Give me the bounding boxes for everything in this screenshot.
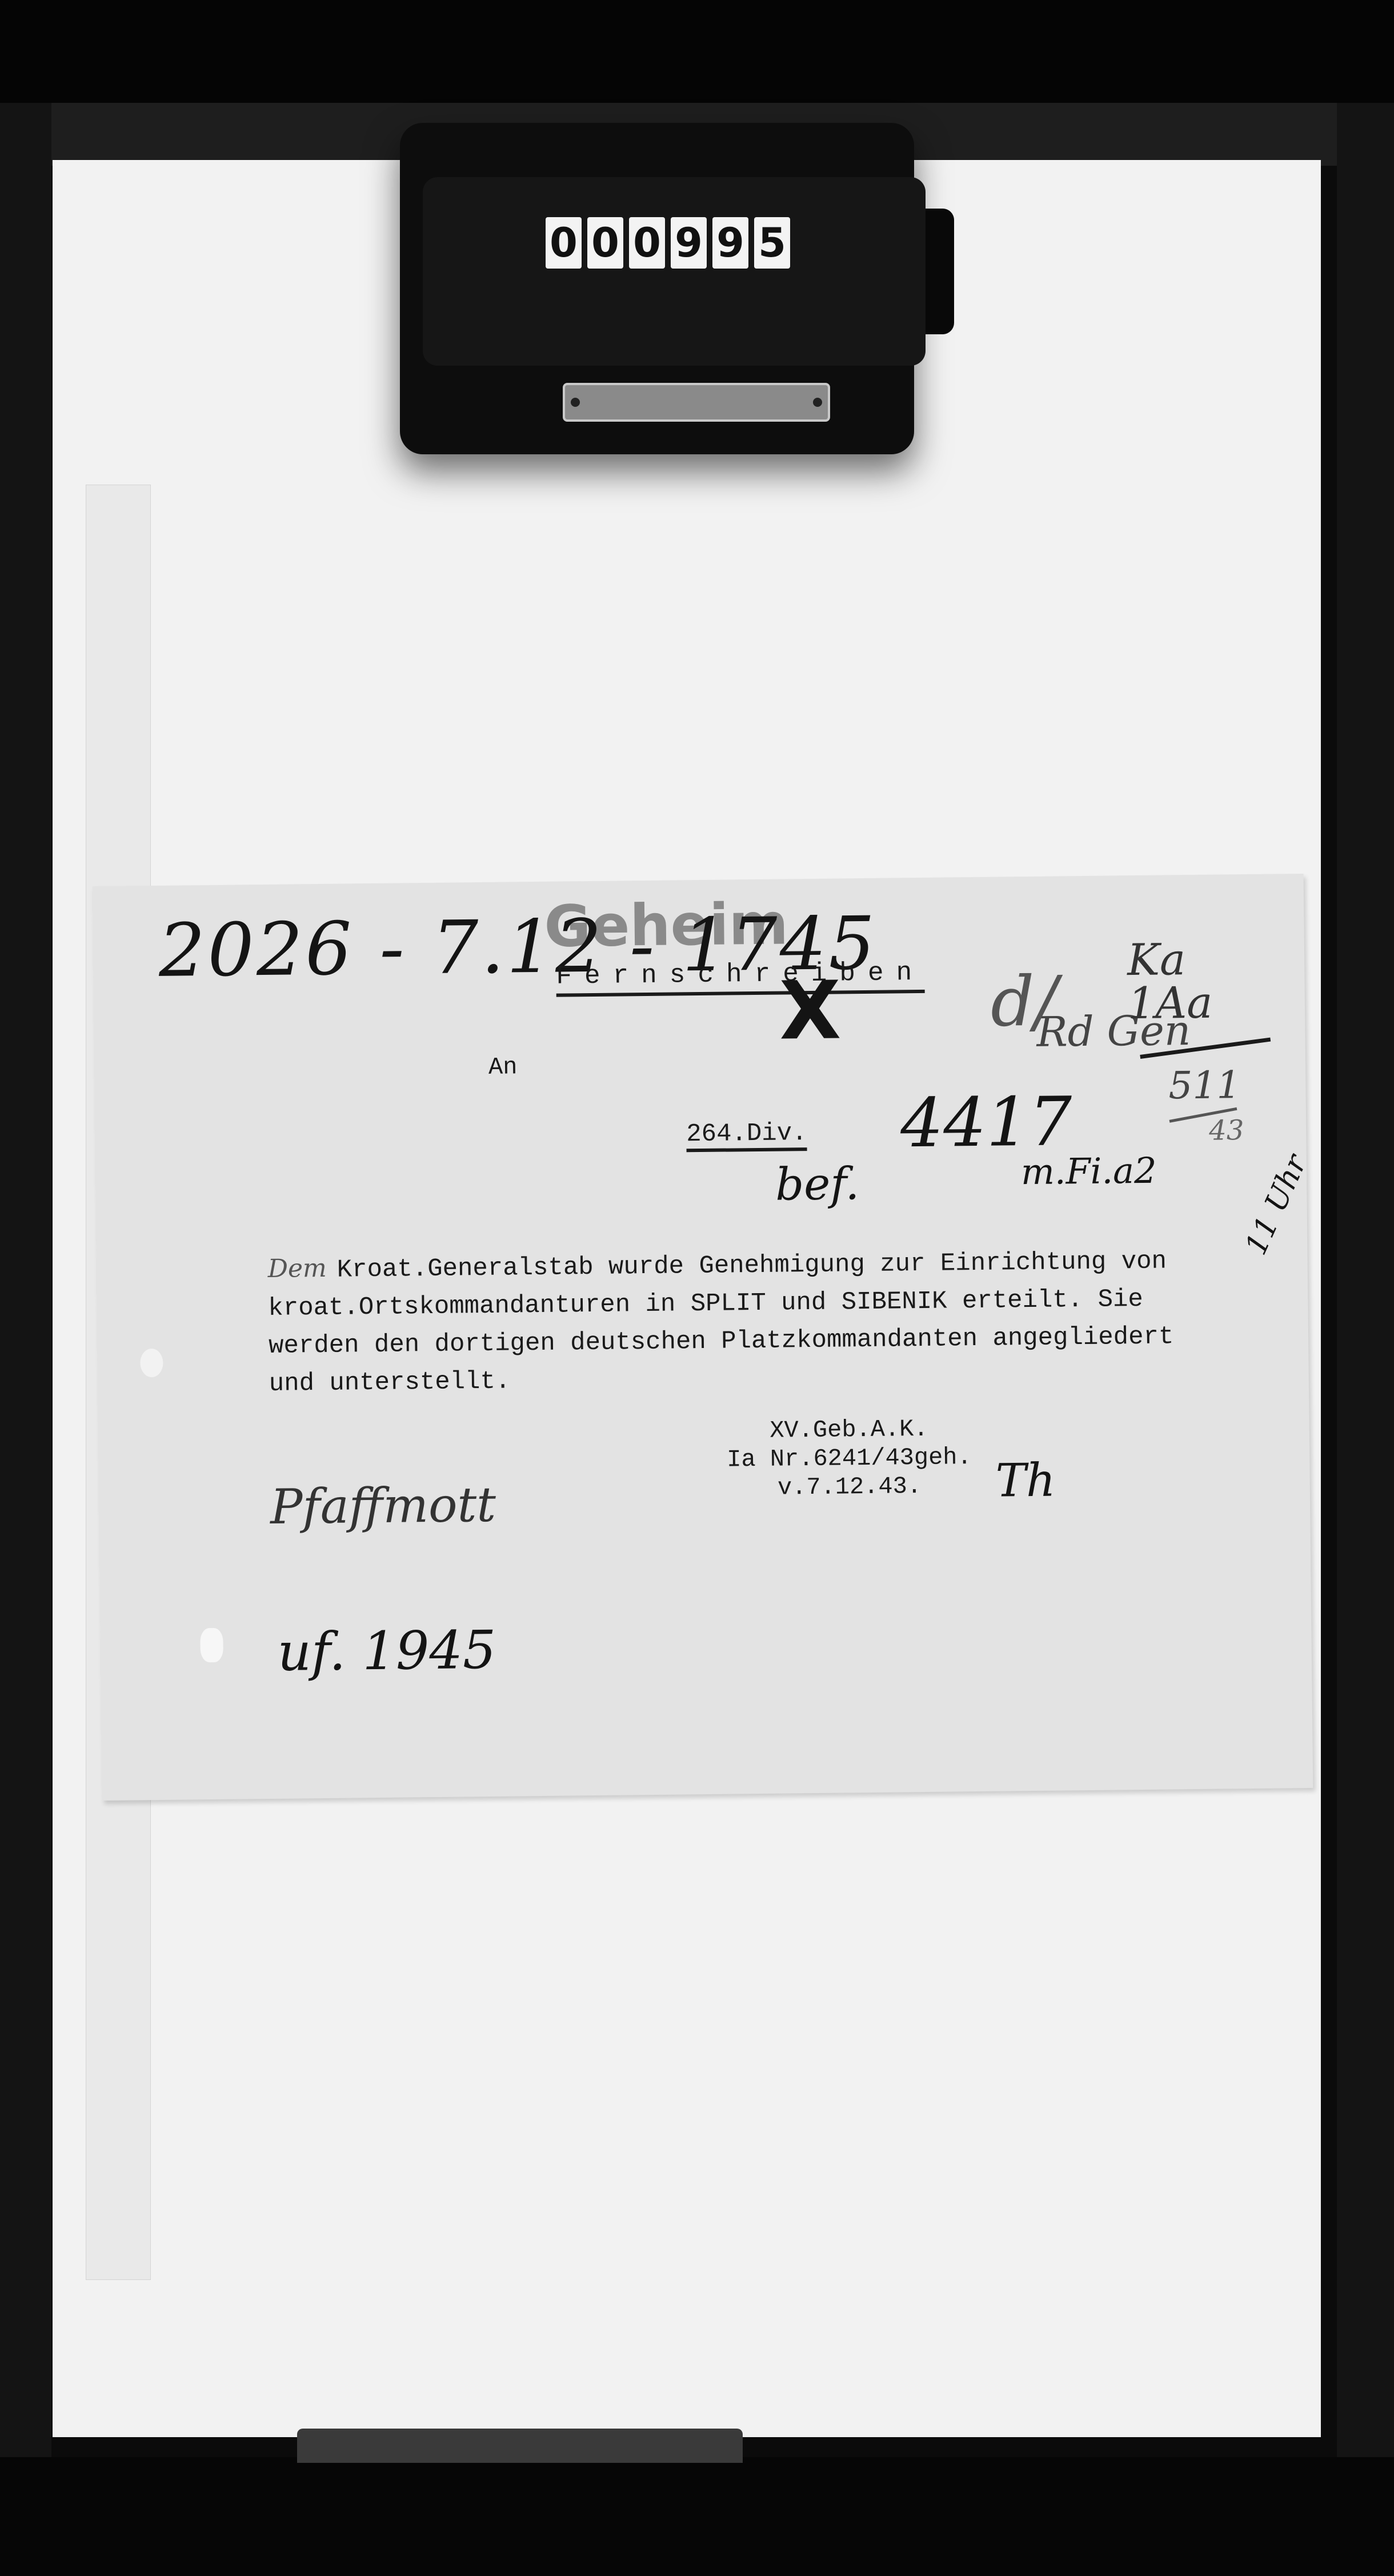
recipient: 264.Div. (686, 1119, 807, 1152)
counter-digits: 0 0 0 9 9 5 (546, 217, 790, 269)
counter-digit: 0 (629, 217, 665, 269)
document-title: Fernschreiben (556, 958, 924, 997)
salutation-handwritten: Dem (267, 1254, 327, 1283)
paper-tear (140, 1349, 163, 1377)
bottom-shadow (297, 2429, 743, 2463)
correction-mark: X (779, 964, 842, 1058)
initials: Th (995, 1454, 1056, 1507)
bottom-annotation: uf. 1945 (277, 1619, 496, 1683)
margin-ia-line2: 1Aa (1128, 981, 1213, 1026)
counter-body: 0 0 0 9 9 5 (400, 123, 914, 454)
counter-nameplate (563, 383, 830, 422)
film-edge-left (0, 103, 51, 2463)
sender-unit: XV.Geb.A.K. (726, 1414, 971, 1445)
counter-digit: 5 (754, 217, 790, 269)
message-body: DemKroat.Generalstab wurde Genehmigung z… (267, 1241, 1174, 1403)
recipient-note: bef. (775, 1158, 860, 1211)
sender-date: v.7.12.43. (727, 1471, 972, 1502)
signature: Pfaffmott (270, 1477, 496, 1535)
teletype-slip: Geheim 2026 - 7.12 - 1745 Fernschreiben … (93, 874, 1313, 1801)
film-edge-bottom (0, 2457, 1394, 2576)
recipient-label: An (488, 1053, 518, 1081)
entry-number: 4417 (900, 1082, 1072, 1162)
margin-ia-line1: Ka (1127, 938, 1212, 982)
sender-reference: Ia Nr.6241/43geh. (727, 1443, 972, 1474)
margin-fraction-denominator: 43 (1209, 1114, 1244, 1147)
sender-block: XV.Geb.A.K. Ia Nr.6241/43geh. v.7.12.43. (726, 1414, 972, 1502)
margin-side-note: 11 Uhr (1239, 1150, 1313, 1260)
margin-ia-note: Ka 1Aa (1127, 938, 1213, 1026)
counter-digit: 0 (546, 217, 582, 269)
counter-digit: 9 (671, 217, 707, 269)
margin-fraction-numerator: 511 (1168, 1063, 1241, 1107)
film-edge-top (0, 0, 1394, 103)
counter-digit: 9 (712, 217, 748, 269)
counter-digit: 0 (587, 217, 623, 269)
counter-face (423, 177, 926, 366)
paper-tear (200, 1628, 223, 1662)
frame-counter: 0 0 0 9 9 5 (371, 123, 954, 454)
film-edge-right (1337, 103, 1394, 2463)
